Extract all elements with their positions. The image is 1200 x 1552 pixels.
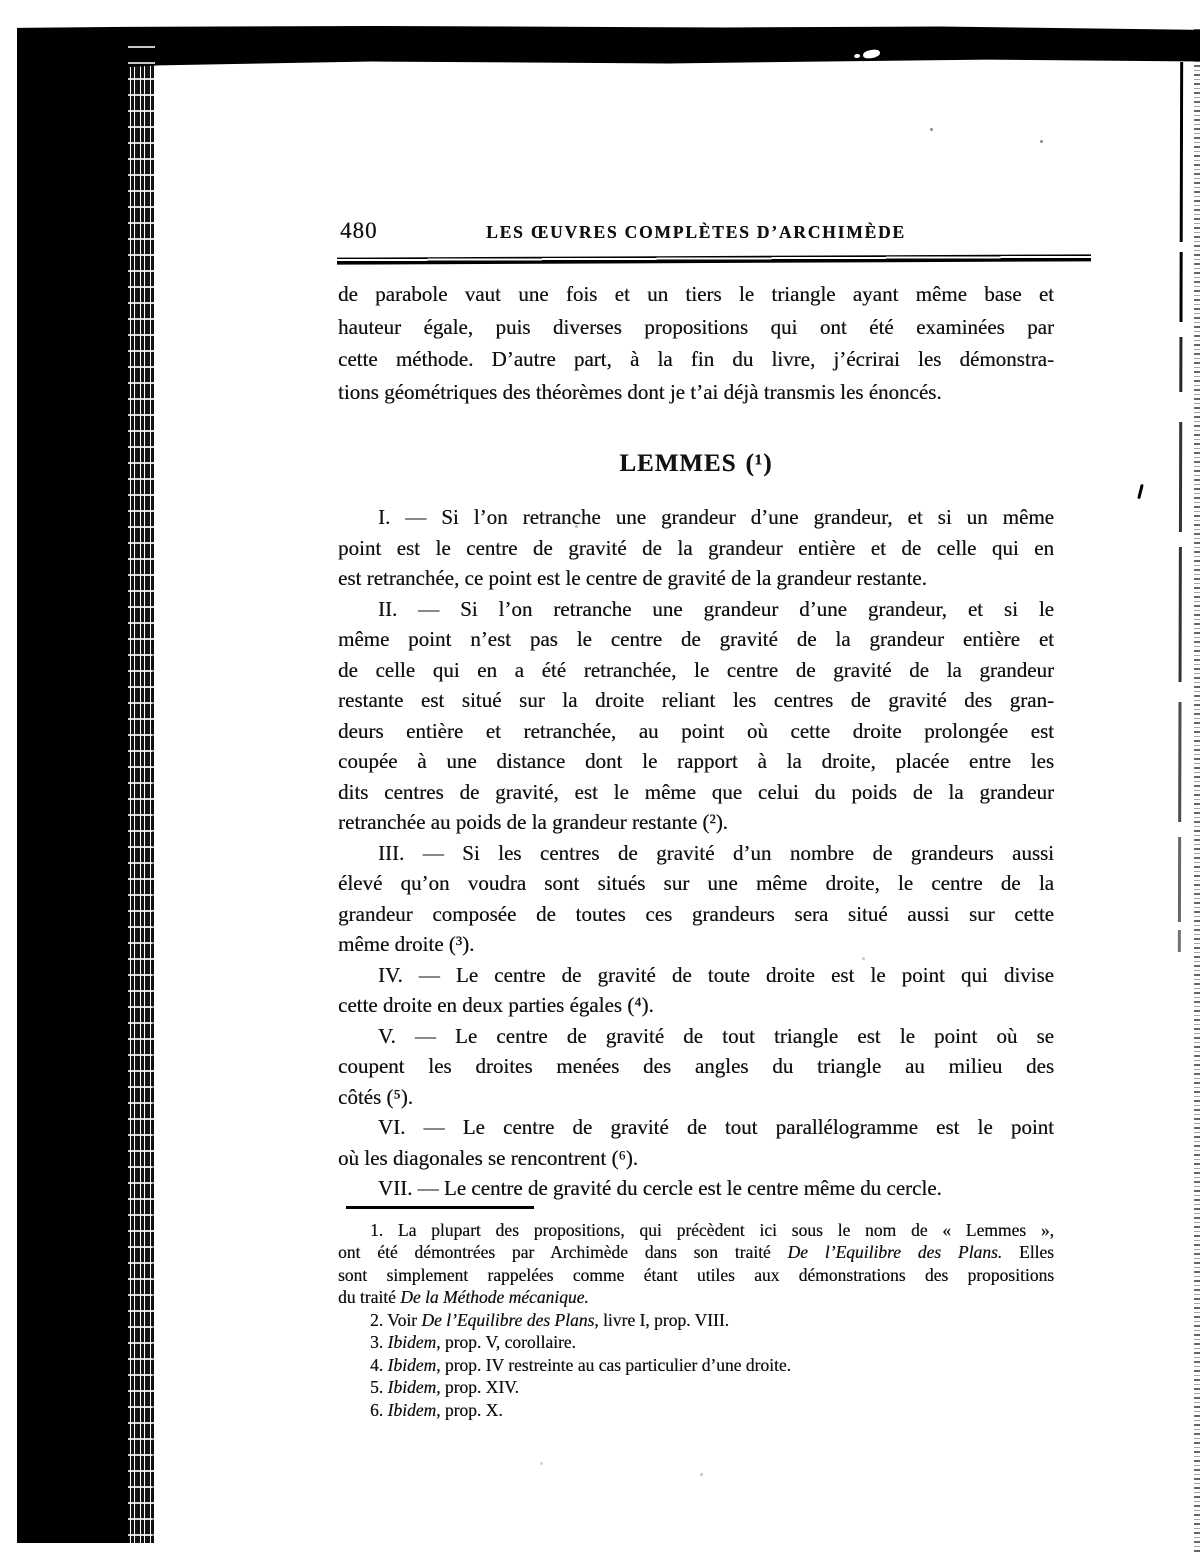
text-line: II. — Si l’on retranche une grandeur d’u… bbox=[338, 594, 1054, 625]
text-line: ont été démontrées par Archimède dans so… bbox=[338, 1241, 1054, 1264]
section-footnote-ref: (¹) bbox=[745, 450, 772, 477]
text-run: est retranchée, ce point est le centre d… bbox=[338, 566, 927, 590]
text-run: deurs entière et retranchée, au point où… bbox=[338, 719, 1054, 743]
text-line: VI. — Le centre de gravité de tout paral… bbox=[338, 1112, 1054, 1143]
intro-paragraph: de parabole vaut une fois et un tiers le… bbox=[338, 278, 1054, 408]
text-line: côtés (⁵). bbox=[338, 1082, 1054, 1113]
text-run: Elles bbox=[1002, 1242, 1054, 1262]
scan-right-edge-texture bbox=[1194, 28, 1200, 1552]
text-line: est retranchée, ce point est le centre d… bbox=[338, 563, 1054, 594]
text-run: IV. — Le centre de gravité de toute droi… bbox=[378, 963, 1054, 987]
text-line: V. — Le centre de gravité de tout triang… bbox=[338, 1021, 1054, 1052]
text-run: prop. XIV. bbox=[440, 1377, 518, 1397]
text-line: VII. — Le centre de gravité du cercle es… bbox=[338, 1173, 1054, 1204]
scanned-book-page: 480 LES ŒUVRES COMPLÈTES D’ARCHIMÈDE de … bbox=[0, 0, 1200, 1552]
text-run: I. — Si l’on retranche une grandeur d’un… bbox=[378, 505, 1054, 529]
text-run: cette méthode. D’autre part, à la fin du… bbox=[338, 347, 1054, 371]
text-run: prop. V, corollaire. bbox=[440, 1332, 575, 1352]
italic-text-run: Ibidem, bbox=[388, 1400, 441, 1420]
text-run: 1. La plupart des propositions, qui préc… bbox=[370, 1220, 1054, 1240]
text-run: coupée à une distance dont le rapport à … bbox=[338, 749, 1054, 773]
text-run: III. — Si les centres de gravité d’un no… bbox=[378, 841, 1054, 865]
text-run: 6. bbox=[370, 1400, 388, 1420]
text-line: 1. La plupart des propositions, qui préc… bbox=[338, 1219, 1054, 1242]
text-run: prop. IV restreinte au cas particulier d… bbox=[440, 1355, 791, 1375]
italic-text-run: Ibidem, bbox=[388, 1332, 441, 1352]
footnotes: 1. La plupart des propositions, qui préc… bbox=[338, 1219, 1054, 1422]
italic-text-run: De l’Equilibre des Plans. bbox=[788, 1242, 1003, 1262]
text-line: I. — Si l’on retranche une grandeur d’un… bbox=[338, 502, 1054, 533]
text-run: VI. — Le centre de gravité de tout paral… bbox=[378, 1115, 1054, 1139]
text-run: restante est situé sur la droite reliant… bbox=[338, 688, 1054, 712]
text-line: même point n’est pas le centre de gravit… bbox=[338, 624, 1054, 655]
text-run: sont simplement rappelées comme étant ut… bbox=[338, 1265, 1054, 1285]
section-heading: LEMMES(¹) bbox=[338, 450, 1054, 482]
text-line: 5. Ibidem, prop. XIV. bbox=[338, 1376, 1054, 1399]
text-line: IV. — Le centre de gravité de toute droi… bbox=[338, 960, 1054, 991]
text-line: même droite (³). bbox=[338, 929, 1054, 960]
text-run: V. — Le centre de gravité de tout triang… bbox=[378, 1024, 1054, 1048]
text-run: où les diagonales se rencontrent (⁶). bbox=[338, 1146, 638, 1170]
text-run: 4. bbox=[370, 1355, 388, 1375]
scan-stray-mark bbox=[1137, 484, 1143, 499]
text-run: 2. Voir bbox=[370, 1310, 421, 1330]
lemma-list: I. — Si l’on retranche une grandeur d’un… bbox=[338, 502, 1054, 1204]
scan-left-margin-bar bbox=[17, 28, 129, 1543]
text-line: coupent les droites menées des angles du… bbox=[338, 1051, 1054, 1082]
text-line: hauteur égale, puis diverses proposition… bbox=[338, 311, 1054, 344]
text-run: du traité bbox=[338, 1287, 400, 1307]
text-line: cette droite en deux parties égales (⁴). bbox=[338, 990, 1054, 1021]
text-run: élevé qu’on voudra sont situés sur une m… bbox=[338, 871, 1054, 895]
text-run: prop. X. bbox=[440, 1400, 502, 1420]
text-run: point est le centre de gravité de la gra… bbox=[338, 536, 1054, 560]
italic-text-run: Ibidem, bbox=[388, 1355, 441, 1375]
scan-speck bbox=[540, 1462, 543, 1465]
text-run: 3. bbox=[370, 1332, 388, 1352]
text-line: élevé qu’on voudra sont situés sur une m… bbox=[338, 868, 1054, 899]
text-line: grandeur composée de toutes ces grandeur… bbox=[338, 899, 1054, 930]
text-line: III. — Si les centres de gravité d’un no… bbox=[338, 838, 1054, 869]
text-run: même droite (³). bbox=[338, 932, 474, 956]
text-line: point est le centre de gravité de la gra… bbox=[338, 533, 1054, 564]
running-title: LES ŒUVRES COMPLÈTES D’ARCHIMÈDE bbox=[338, 218, 1054, 243]
text-line: de celle qui en a été retranchée, le cen… bbox=[338, 655, 1054, 686]
text-run: même point n’est pas le centre de gravit… bbox=[338, 627, 1054, 651]
text-run: tions géométriques des théorèmes dont je… bbox=[338, 380, 942, 404]
page-number: 480 bbox=[340, 218, 378, 244]
footnote-separator bbox=[346, 1206, 534, 1209]
text-line: cette méthode. D’autre part, à la fin du… bbox=[338, 343, 1054, 376]
page-header: 480 LES ŒUVRES COMPLÈTES D’ARCHIMÈDE bbox=[338, 218, 1054, 248]
text-line: 2. Voir De l’Equilibre des Plans, livre … bbox=[338, 1309, 1054, 1332]
text-run: coupent les droites menées des angles du… bbox=[338, 1054, 1054, 1078]
page-content: 480 LES ŒUVRES COMPLÈTES D’ARCHIMÈDE de … bbox=[338, 0, 1054, 1421]
italic-text-run: De l’Equilibre des Plans, bbox=[421, 1310, 598, 1330]
text-line: deurs entière et retranchée, au point où… bbox=[338, 716, 1054, 747]
italic-text-run: Ibidem, bbox=[388, 1377, 441, 1397]
text-line: du traité De la Méthode mécanique. bbox=[338, 1286, 1054, 1309]
text-line: coupée à une distance dont le rapport à … bbox=[338, 746, 1054, 777]
text-run: cette droite en deux parties égales (⁴). bbox=[338, 993, 654, 1017]
text-run: de parabole vaut une fois et un tiers le… bbox=[338, 282, 1054, 306]
text-line: sont simplement rappelées comme étant ut… bbox=[338, 1264, 1054, 1287]
text-line: restante est situé sur la droite reliant… bbox=[338, 685, 1054, 716]
text-run: livre I, prop. VIII. bbox=[599, 1310, 729, 1330]
text-run: côtés (⁵). bbox=[338, 1085, 413, 1109]
italic-text-run: De la Méthode mécanique. bbox=[400, 1287, 589, 1307]
scan-gutter-texture bbox=[128, 34, 155, 1543]
text-line: de parabole vaut une fois et un tiers le… bbox=[338, 278, 1054, 311]
text-line: retranchée au poids de la grandeur resta… bbox=[338, 807, 1054, 838]
text-run: ont été démontrées par Archimède dans so… bbox=[338, 1242, 788, 1262]
scan-right-edge-line bbox=[1178, 62, 1183, 952]
text-run: dits centres de gravité, est le même que… bbox=[338, 780, 1054, 804]
text-run: 5. bbox=[370, 1377, 388, 1397]
text-run: grandeur composée de toutes ces grandeur… bbox=[338, 902, 1054, 926]
text-run: II. — Si l’on retranche une grandeur d’u… bbox=[378, 597, 1054, 621]
text-run: de celle qui en a été retranchée, le cen… bbox=[338, 658, 1054, 682]
scan-gutter-dashed-line bbox=[152, 640, 154, 1540]
text-line: où les diagonales se rencontrent (⁶). bbox=[338, 1143, 1054, 1174]
text-line: dits centres de gravité, est le même que… bbox=[338, 777, 1054, 808]
section-title: LEMMES bbox=[619, 450, 736, 477]
text-run: retranchée au poids de la grandeur resta… bbox=[338, 810, 728, 834]
text-line: 4. Ibidem, prop. IV restreinte au cas pa… bbox=[338, 1354, 1054, 1377]
text-line: tions géométriques des théorèmes dont je… bbox=[338, 376, 1054, 409]
text-line: 6. Ibidem, prop. X. bbox=[338, 1399, 1054, 1422]
scan-speck bbox=[700, 1473, 703, 1476]
text-run: hauteur égale, puis diverses proposition… bbox=[338, 315, 1054, 339]
text-line: 3. Ibidem, prop. V, corollaire. bbox=[338, 1331, 1054, 1354]
text-run: VII. — Le centre de gravité du cercle es… bbox=[378, 1176, 942, 1200]
